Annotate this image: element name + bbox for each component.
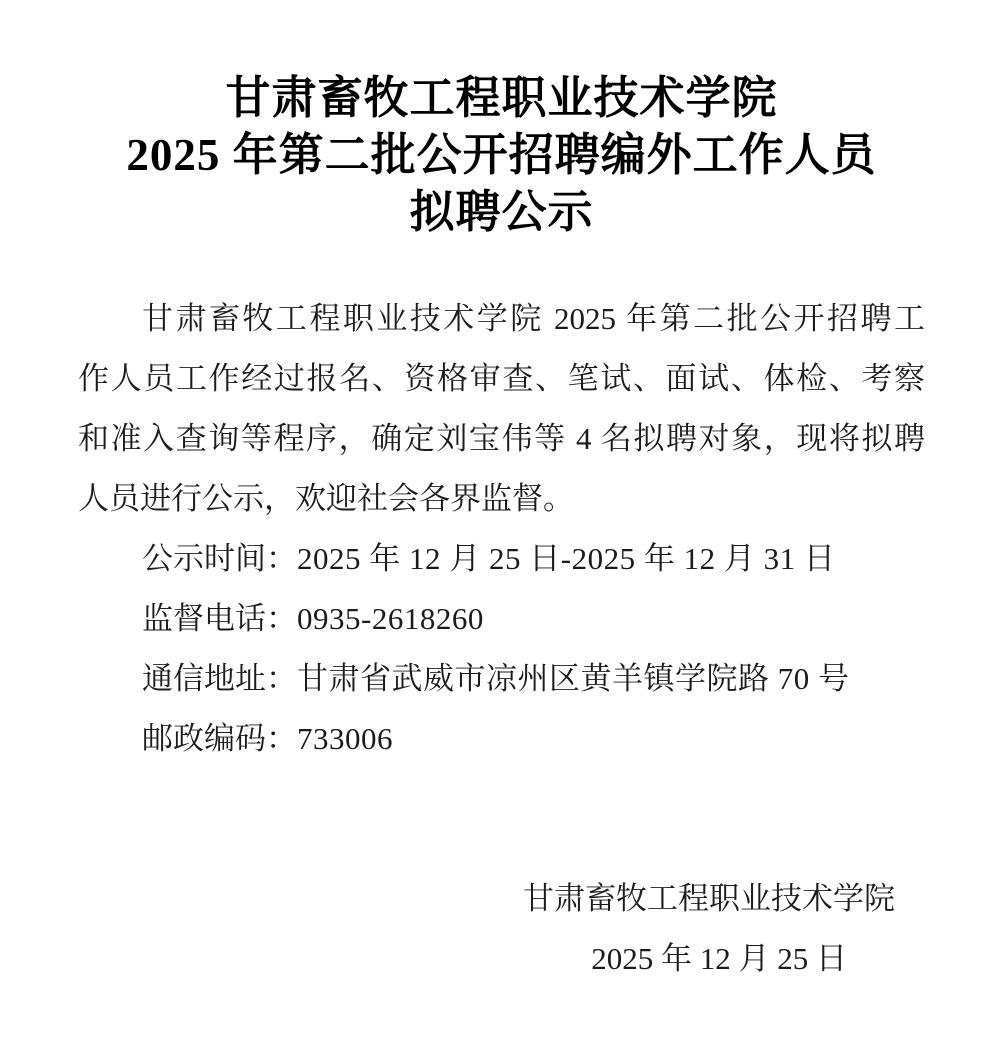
document-page: 甘肃畜牧工程职业技术学院 2025 年第二批公开招聘编外工作人员 拟聘公示 甘肃… — [0, 0, 1000, 1038]
mailing-address-value: 甘肃省武威市凉州区黄羊镇学院路 70 号 — [297, 661, 850, 696]
body-paragraph: 甘肃畜牧工程职业技术学院 2025 年第二批公开招聘工 作人员工作经过报名、资格… — [78, 289, 925, 529]
signature-block: 甘肃畜牧工程职业技术学院 2025 年 12 月 25 日 — [78, 869, 925, 989]
document-title: 甘肃畜牧工程职业技术学院 2025 年第二批公开招聘编外工作人员 拟聘公示 — [78, 70, 925, 241]
body-paragraph-line-3: 和准入查询等程序，确定刘宝伟等 4 名拟聘对象，现将拟聘 — [78, 409, 925, 469]
document-title-line-2: 2025 年第二批公开招聘编外工作人员 — [78, 127, 925, 184]
publicity-period-label: 公示时间： — [142, 541, 297, 576]
mailing-address-label: 通信地址： — [142, 661, 297, 696]
supervision-phone-label: 监督电话： — [142, 601, 297, 636]
publicity-period-value: 2025 年 12 月 25 日-2025 年 12 月 31 日 — [297, 541, 835, 576]
detail-supervision-phone: 监督电话：0935-2618260 — [78, 589, 925, 649]
body-paragraph-line-4: 人员进行公示，欢迎社会各界监督。 — [78, 469, 925, 529]
document-body: 甘肃畜牧工程职业技术学院 2025 年第二批公开招聘工 作人员工作经过报名、资格… — [78, 289, 925, 769]
supervision-phone-value: 0935-2618260 — [297, 601, 484, 636]
document-title-line-3: 拟聘公示 — [78, 184, 925, 241]
body-paragraph-line-1: 甘肃畜牧工程职业技术学院 2025 年第二批公开招聘工 — [78, 289, 925, 349]
detail-postal-code: 邮政编码：733006 — [78, 709, 925, 769]
document-title-line-1: 甘肃畜牧工程职业技术学院 — [78, 70, 925, 127]
detail-publicity-period: 公示时间：2025 年 12 月 25 日-2025 年 12 月 31 日 — [78, 529, 925, 589]
postal-code-value: 733006 — [297, 721, 393, 756]
detail-mailing-address: 通信地址：甘肃省武威市凉州区黄羊镇学院路 70 号 — [78, 649, 925, 709]
signature-date: 2025 年 12 月 25 日 — [78, 929, 925, 989]
signature-organization: 甘肃畜牧工程职业技术学院 — [78, 869, 925, 929]
postal-code-label: 邮政编码： — [142, 721, 297, 756]
body-paragraph-line-2: 作人员工作经过报名、资格审查、笔试、面试、体检、考察 — [78, 349, 925, 409]
